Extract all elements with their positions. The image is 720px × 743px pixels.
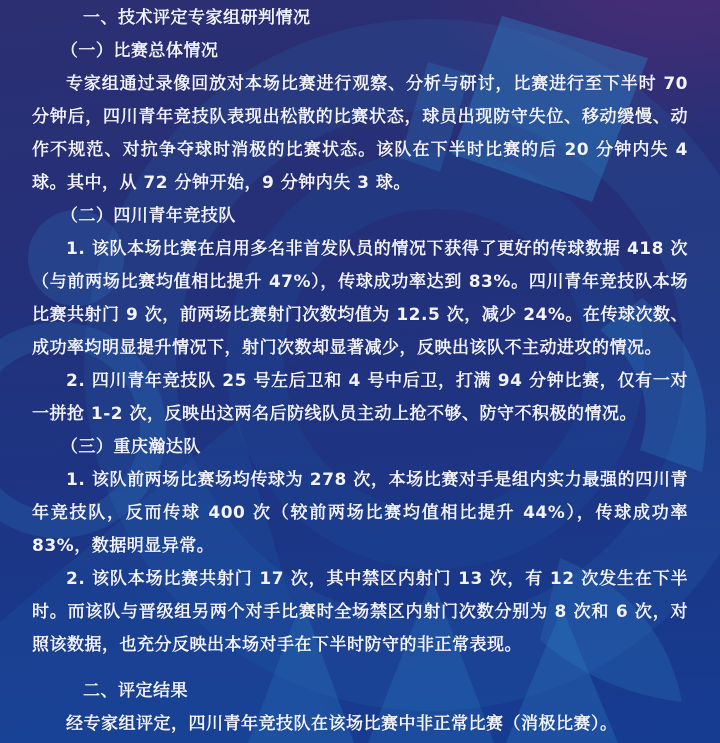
section-heading: 一、技术评定专家组研判情况 xyxy=(32,2,688,35)
report-page: { "theme": { "bg_top": "#2c2f72", "bg_mi… xyxy=(0,0,720,743)
section-heading: 二、评定结果 xyxy=(32,675,688,708)
document-body: 一、技术评定专家组研判情况（一）比赛总体情况专家组通过录像回放对本场比赛进行观察… xyxy=(0,0,720,741)
paragraph: 1. 该队前两场比赛场均传球为 278 次，本场比赛对手是组内实力最强的四川青年… xyxy=(32,464,688,563)
section-heading: （一）比赛总体情况 xyxy=(32,35,688,68)
paragraph: 1. 该队本场比赛在启用多名非首发队员的情况下获得了更好的传球数据 418 次（… xyxy=(32,233,688,365)
section-heading: （二）四川青年竞技队 xyxy=(32,200,688,233)
paragraph: 2. 四川青年竞技队 25 号左后卫和 4 号中后卫，打满 94 分钟比赛，仅有… xyxy=(32,365,688,431)
section-heading: （三）重庆瀚达队 xyxy=(32,431,688,464)
paragraph: 专家组通过录像回放对本场比赛进行观察、分析与研讨，比赛进行至下半时 70 分钟后… xyxy=(32,68,688,200)
paragraph: 经专家组评定，四川青年竞技队在该场比赛中非正常比赛（消极比赛）。 xyxy=(32,708,688,741)
paragraph: 2. 该队本场比赛共射门 17 次，其中禁区内射门 13 次，有 12 次发生在… xyxy=(32,563,688,662)
